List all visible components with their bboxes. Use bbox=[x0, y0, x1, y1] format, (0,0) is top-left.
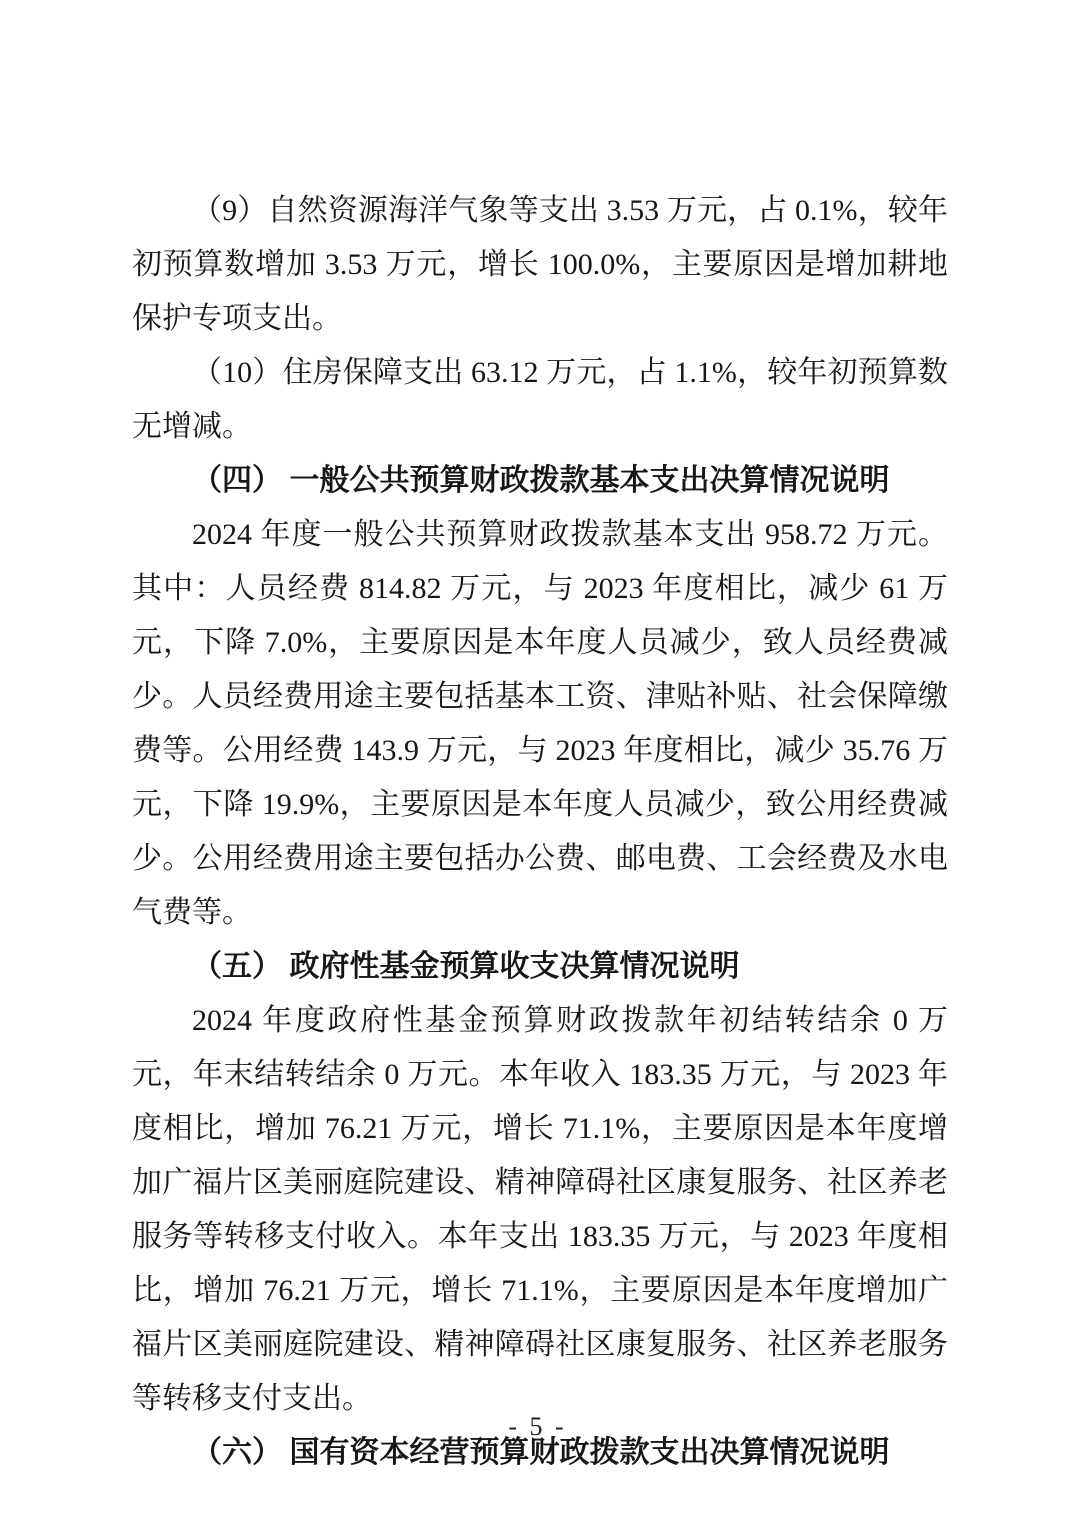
document-body: （9）自然资源海洋气象等支出 3.53 万元，占 0.1%，较年初预算数增加 3… bbox=[132, 184, 948, 1480]
paragraph-housing-security-expense: （10）住房保障支出 63.12 万元，占 1.1%，较年初预算数无增减。 bbox=[132, 346, 948, 454]
document-page: （9）自然资源海洋气象等支出 3.53 万元，占 0.1%，较年初预算数增加 3… bbox=[0, 0, 1075, 1520]
page-number: - 5 - bbox=[0, 1412, 1075, 1442]
heading-section-5-government-fund: （五） 政府性基金预算收支决算情况说明 bbox=[132, 940, 948, 994]
heading-section-4-basic-expenditure: （四） 一般公共预算财政拨款基本支出决算情况说明 bbox=[132, 454, 948, 508]
paragraph-natural-resources-expense: （9）自然资源海洋气象等支出 3.53 万元，占 0.1%，较年初预算数增加 3… bbox=[132, 184, 948, 346]
paragraph-government-fund-detail: 2024 年度政府性基金预算财政拨款年初结转结余 0 万元，年末结转结余 0 万… bbox=[132, 994, 948, 1426]
paragraph-basic-expenditure-detail: 2024 年度一般公共预算财政拨款基本支出 958.72 万元。其中：人员经费 … bbox=[132, 508, 948, 940]
